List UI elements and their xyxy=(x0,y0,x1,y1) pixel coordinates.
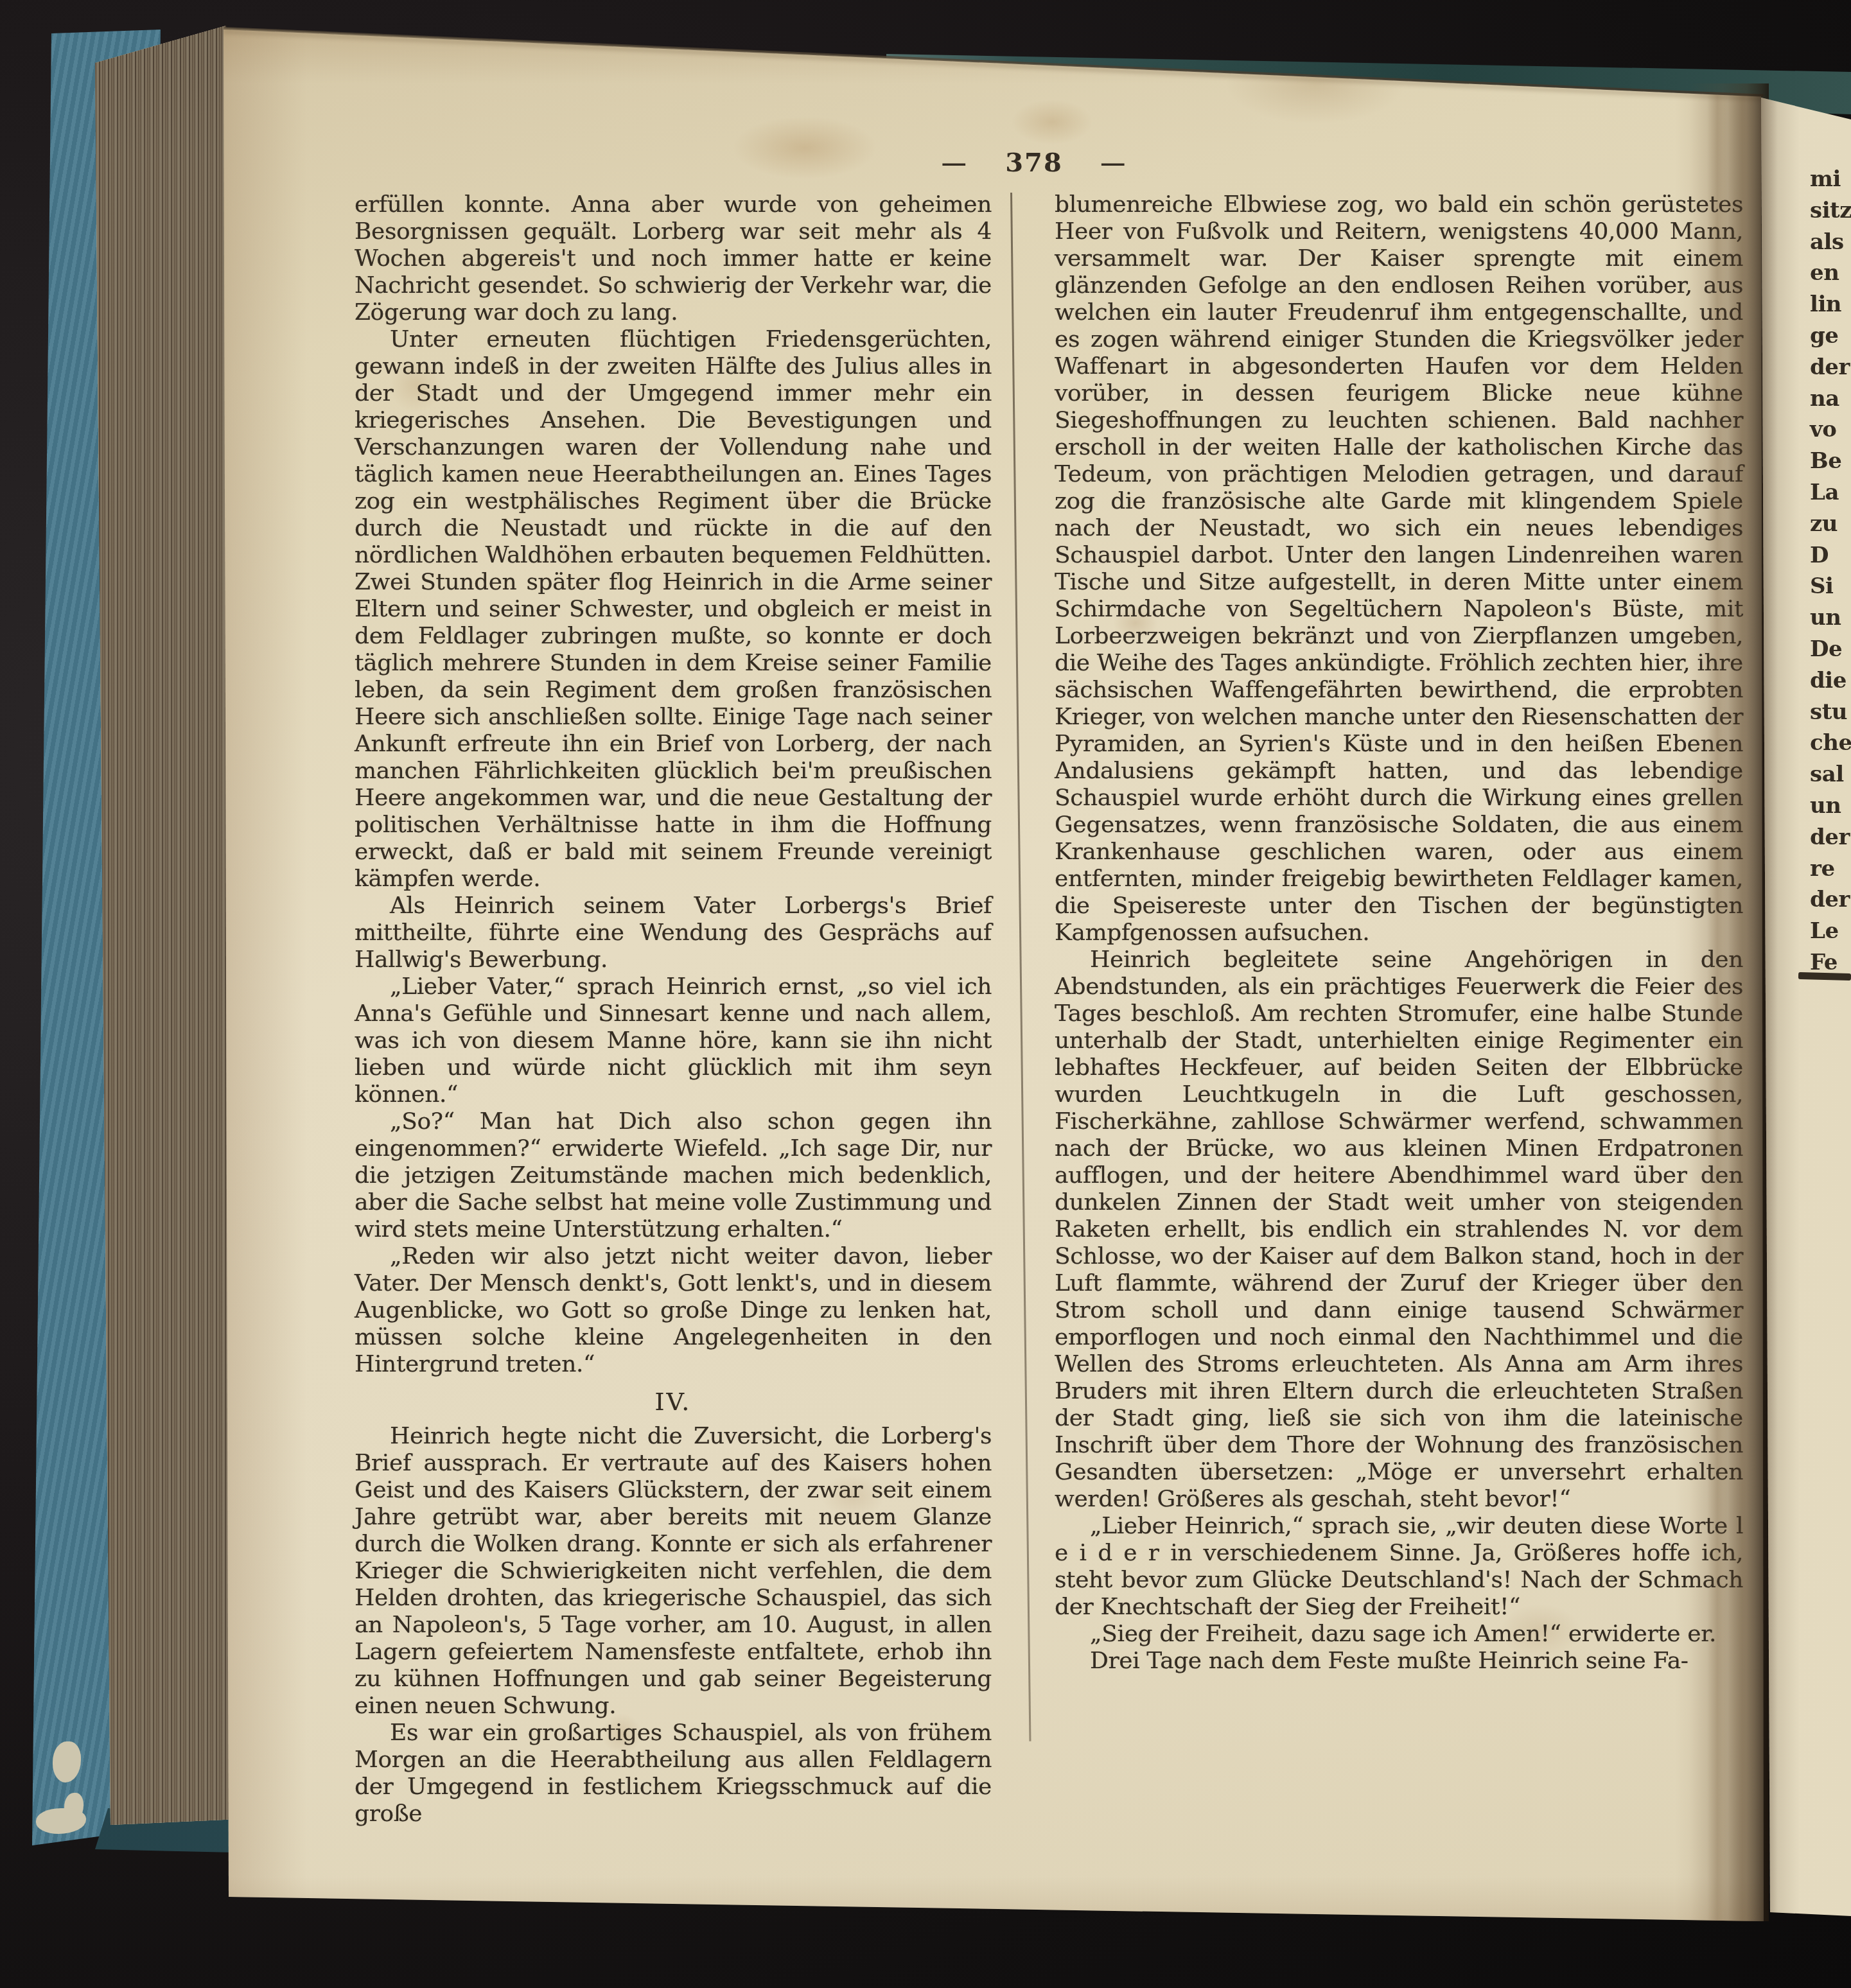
page-header: — 378 — xyxy=(906,148,1162,178)
book-page: — 378 — erfüllen konnte. Anna aber wurde… xyxy=(0,0,1851,1988)
paragraph: Heinrich hegte nicht die Zuversicht, die… xyxy=(355,1423,992,1720)
text-fragment: en xyxy=(1810,257,1851,289)
paragraph: Heinrich begleitete seine Angehörigen in… xyxy=(1055,946,1743,1513)
text-fragment: stu xyxy=(1810,697,1851,728)
page-gutter-shadow xyxy=(1689,83,1769,1921)
text-fragment: un xyxy=(1810,790,1851,822)
chapter-heading: IV. xyxy=(355,1388,992,1415)
paragraph: „Lieber Vater,“ sprach Heinrich ernst, „… xyxy=(355,973,992,1108)
text-fragment: un xyxy=(1810,602,1851,634)
text-fragment: die xyxy=(1810,665,1851,697)
next-page-text-fragments: misitzalsenlingedernavoBeLazuDSiunDedies… xyxy=(1810,164,1851,979)
text-fragment: Si xyxy=(1810,571,1851,602)
paragraph: erfüllen konnte. Anna aber wurde von geh… xyxy=(355,191,992,326)
text-fragment: vo xyxy=(1810,414,1851,446)
left-text-column: erfüllen konnte. Anna aber wurde von geh… xyxy=(355,191,992,1827)
text-fragment: mi xyxy=(1810,164,1851,195)
text-fragment: na xyxy=(1810,383,1851,415)
paragraph: Unter erneuten flüchtigen Friedensgerüch… xyxy=(355,326,992,893)
text-fragment: zu xyxy=(1810,509,1851,540)
paragraph: „So?“ Man hat Dich also schon gegen ihn … xyxy=(355,1108,992,1243)
text-fragment: sal xyxy=(1810,759,1851,790)
paragraph: Drei Tage nach dem Feste mußte Heinrich … xyxy=(1055,1648,1743,1675)
paragraph: Als Heinrich seinem Vater Lorbergs's Bri… xyxy=(355,893,992,973)
text-fragment: La xyxy=(1810,477,1851,509)
right-text-column: blumenreiche Elbwiese zog, wo bald ein s… xyxy=(1055,191,1743,1675)
text-fragment: D xyxy=(1810,540,1851,571)
text-fragment: re xyxy=(1810,853,1851,885)
paragraph: blumenreiche Elbwiese zog, wo bald ein s… xyxy=(1055,191,1743,946)
text-fragment: lin xyxy=(1810,289,1851,320)
paragraph: „Sieg der Freiheit, dazu sage ich Amen!“… xyxy=(1055,1621,1743,1648)
page-number: 378 xyxy=(1005,148,1063,178)
text-fragment: der xyxy=(1810,352,1851,383)
text-fragment: ge xyxy=(1810,320,1851,352)
section-rule xyxy=(1798,972,1851,981)
text-fragment: als xyxy=(1810,227,1851,258)
text-fragment: Le xyxy=(1810,916,1851,947)
text-fragment: der xyxy=(1810,884,1851,916)
header-dash-left: — xyxy=(941,152,968,174)
book-scan-scene: — 378 — erfüllen konnte. Anna aber wurde… xyxy=(0,0,1851,1988)
text-fragment: der xyxy=(1810,822,1851,853)
header-dash-right: — xyxy=(1100,152,1127,174)
paragraph: „Lieber Heinrich,“ sprach sie, „wir deut… xyxy=(1055,1513,1743,1621)
text-fragment: sitz xyxy=(1810,195,1851,227)
text-fragment: De xyxy=(1810,634,1851,665)
paragraph: Es war ein großartiges Schauspiel, als v… xyxy=(355,1720,992,1827)
text-fragment: che xyxy=(1810,728,1851,759)
text-fragment: Be xyxy=(1810,446,1851,477)
paragraph: „Reden wir also jetzt nicht weiter davon… xyxy=(355,1243,992,1378)
